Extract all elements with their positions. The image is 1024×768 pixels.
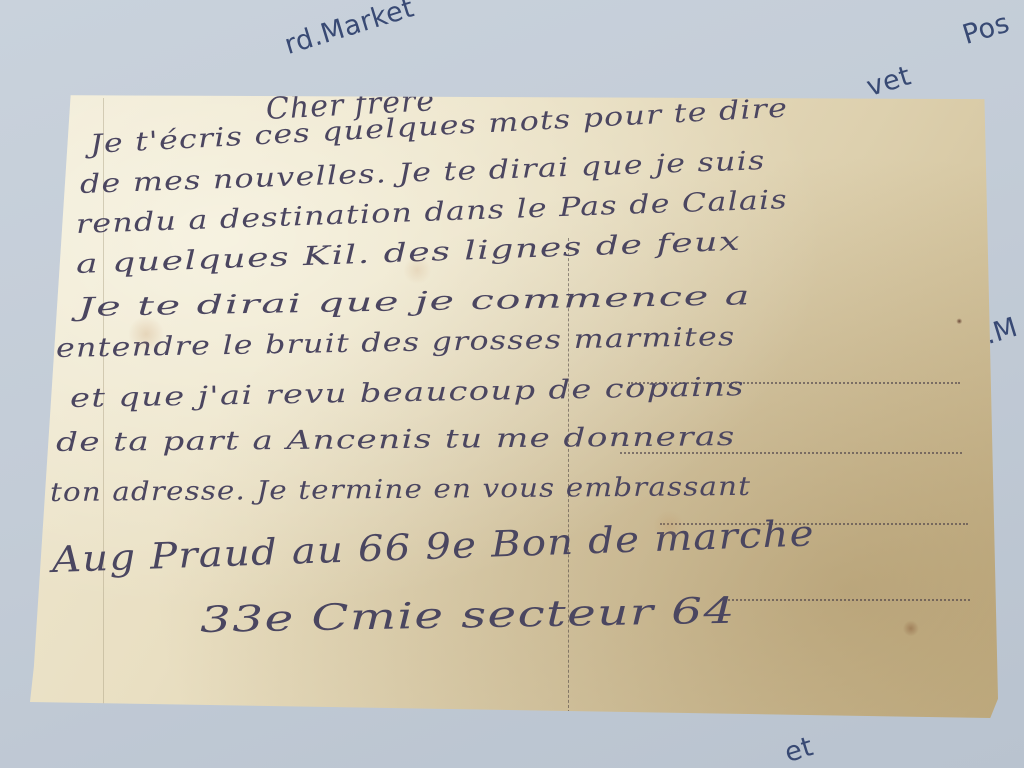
watermark-text: et [781, 731, 817, 768]
address-dotted-line [720, 599, 970, 601]
postcard: Cher frère Je t'écris ces quelques mots … [30, 78, 998, 718]
body-line: entendre le bruit des grosses marmites [56, 322, 736, 364]
watermark-text: Pos [959, 7, 1013, 51]
body-line: ton adresse. Je termine en vous embrassa… [50, 472, 751, 508]
watermark-text: vet [863, 60, 915, 103]
signature-name-unit: Aug Praud au 66 9e Bon de marche [51, 513, 815, 581]
body-line: Je te dirai que je commence a [78, 281, 752, 323]
body-line: et que j'ai revu beaucoup de copains [70, 372, 745, 414]
watermark-text: rd.Market [281, 0, 418, 61]
signature-sector: 33e Cmie secteur 64 [200, 591, 736, 641]
body-line: de ta part a Ancenis tu me donneras [56, 422, 736, 458]
